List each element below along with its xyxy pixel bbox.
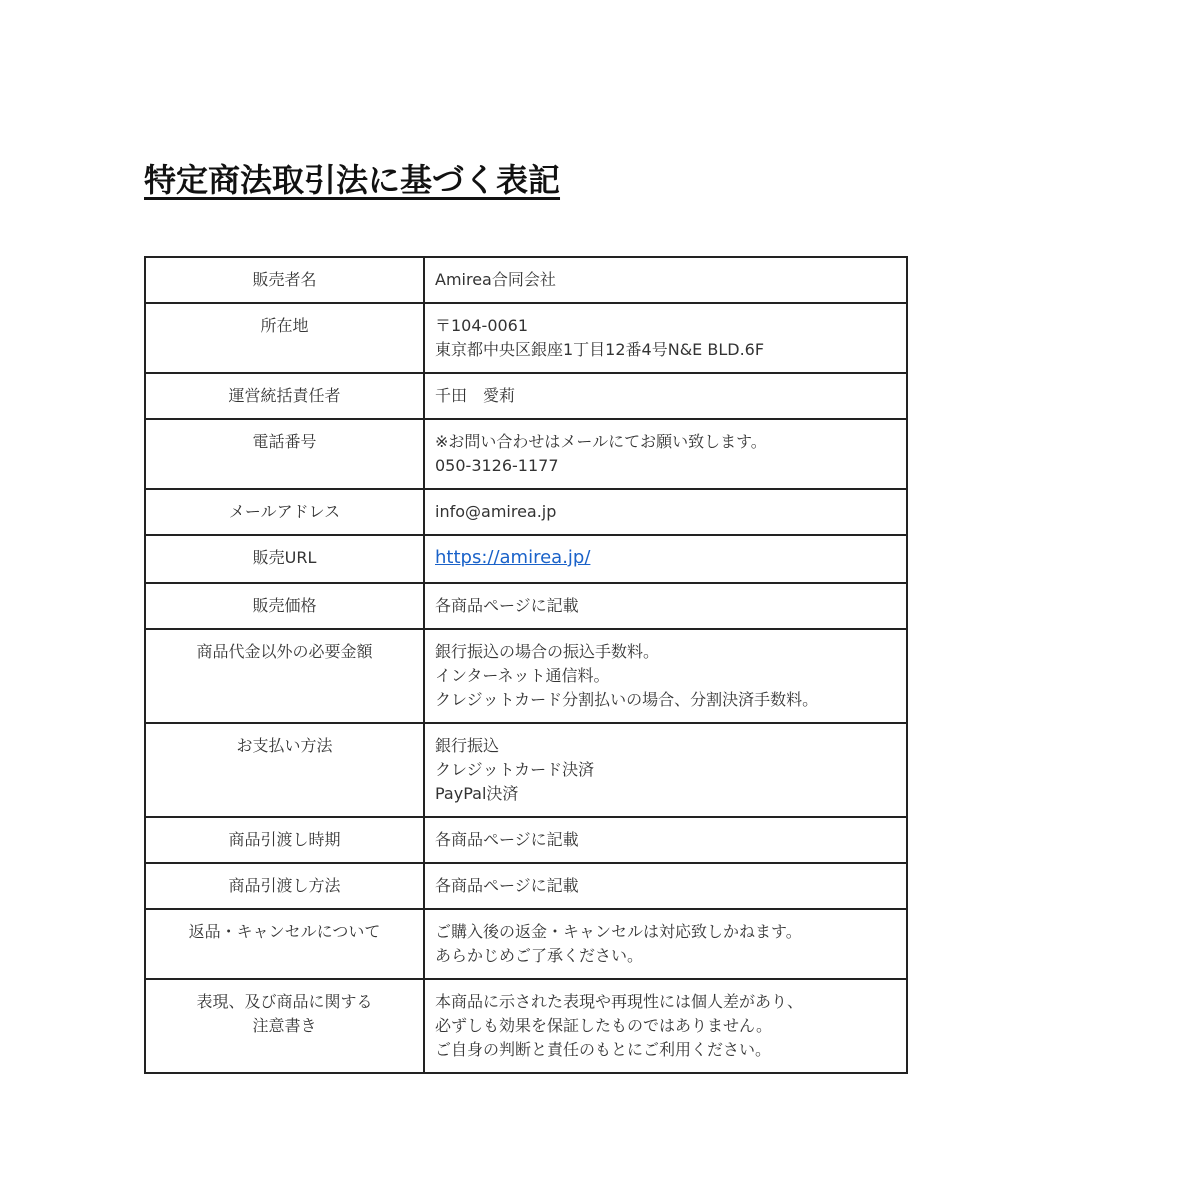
row-label: 商品引渡し方法 (145, 863, 424, 909)
row-value: ご購入後の返金・キャンセルは対応致しかねます。 あらかじめご了承ください。 (424, 909, 907, 979)
row-value: 本商品に示された表現や再現性には個人差があり、 必ずしも効果を保証したものではあ… (424, 979, 907, 1073)
table-row-seller-name: 販売者名 Amirea合同会社 (145, 257, 907, 303)
phone-number: 050-3126-1177 (435, 454, 896, 478)
table-row-phone: 電話番号 ※お問い合わせはメールにてお願い致します。 050-3126-1177 (145, 419, 907, 489)
table-row-delivery-time: 商品引渡し時期 各商品ページに記載 (145, 817, 907, 863)
row-label: 商品引渡し時期 (145, 817, 424, 863)
row-value: 各商品ページに記載 (424, 817, 907, 863)
phone-note: ※お問い合わせはメールにてお願い致します。 (435, 430, 896, 454)
row-label: 販売URL (145, 535, 424, 583)
row-value: 銀行振込の場合の振込手数料。 インターネット通信料。 クレジットカード分割払いの… (424, 629, 907, 723)
row-value: 各商品ページに記載 (424, 583, 907, 629)
street-address: 東京都中央区銀座1丁目12番4号N&E BLD.6F (435, 338, 896, 362)
row-value: Amirea合同会社 (424, 257, 907, 303)
row-label: お支払い方法 (145, 723, 424, 817)
table-row-returns: 返品・キャンセルについて ご購入後の返金・キャンセルは対応致しかねます。 あらか… (145, 909, 907, 979)
postal-code: 〒104-0061 (435, 314, 896, 338)
legal-info-table: 販売者名 Amirea合同会社 所在地 〒104-0061 東京都中央区銀座1丁… (144, 256, 908, 1074)
table-row-delivery-method: 商品引渡し方法 各商品ページに記載 (145, 863, 907, 909)
table-row-additional-fees: 商品代金以外の必要金額 銀行振込の場合の振込手数料。 インターネット通信料。 ク… (145, 629, 907, 723)
table-row-disclaimer: 表現、及び商品に関する 注意書き 本商品に示された表現や再現性には個人差があり、… (145, 979, 907, 1073)
table-row-price: 販売価格 各商品ページに記載 (145, 583, 907, 629)
row-value: 〒104-0061 東京都中央区銀座1丁目12番4号N&E BLD.6F (424, 303, 907, 373)
email-address: info@amirea.jp (435, 500, 896, 524)
row-label: メールアドレス (145, 489, 424, 535)
row-label: 販売価格 (145, 583, 424, 629)
page-title: 特定商法取引法に基づく表記 (144, 155, 560, 201)
table-row-email: メールアドレス info@amirea.jp (145, 489, 907, 535)
row-label: 販売者名 (145, 257, 424, 303)
row-value: ※お問い合わせはメールにてお願い致します。 050-3126-1177 (424, 419, 907, 489)
row-label: 商品代金以外の必要金額 (145, 629, 424, 723)
sales-url-link[interactable]: https://amirea.jp/ (435, 546, 896, 570)
row-value: 各商品ページに記載 (424, 863, 907, 909)
row-label: 運営統括責任者 (145, 373, 424, 419)
table-row-manager: 運営統括責任者 千田 愛莉 (145, 373, 907, 419)
row-value: https://amirea.jp/ (424, 535, 907, 583)
row-value: 銀行振込 クレジットカード決済 PayPal決済 (424, 723, 907, 817)
row-label: 返品・キャンセルについて (145, 909, 424, 979)
table-row-address: 所在地 〒104-0061 東京都中央区銀座1丁目12番4号N&E BLD.6F (145, 303, 907, 373)
table-row-payment-methods: お支払い方法 銀行振込 クレジットカード決済 PayPal決済 (145, 723, 907, 817)
table-row-url: 販売URL https://amirea.jp/ (145, 535, 907, 583)
row-label: 電話番号 (145, 419, 424, 489)
row-value: info@amirea.jp (424, 489, 907, 535)
row-value: 千田 愛莉 (424, 373, 907, 419)
row-label: 表現、及び商品に関する 注意書き (145, 979, 424, 1073)
row-label: 所在地 (145, 303, 424, 373)
